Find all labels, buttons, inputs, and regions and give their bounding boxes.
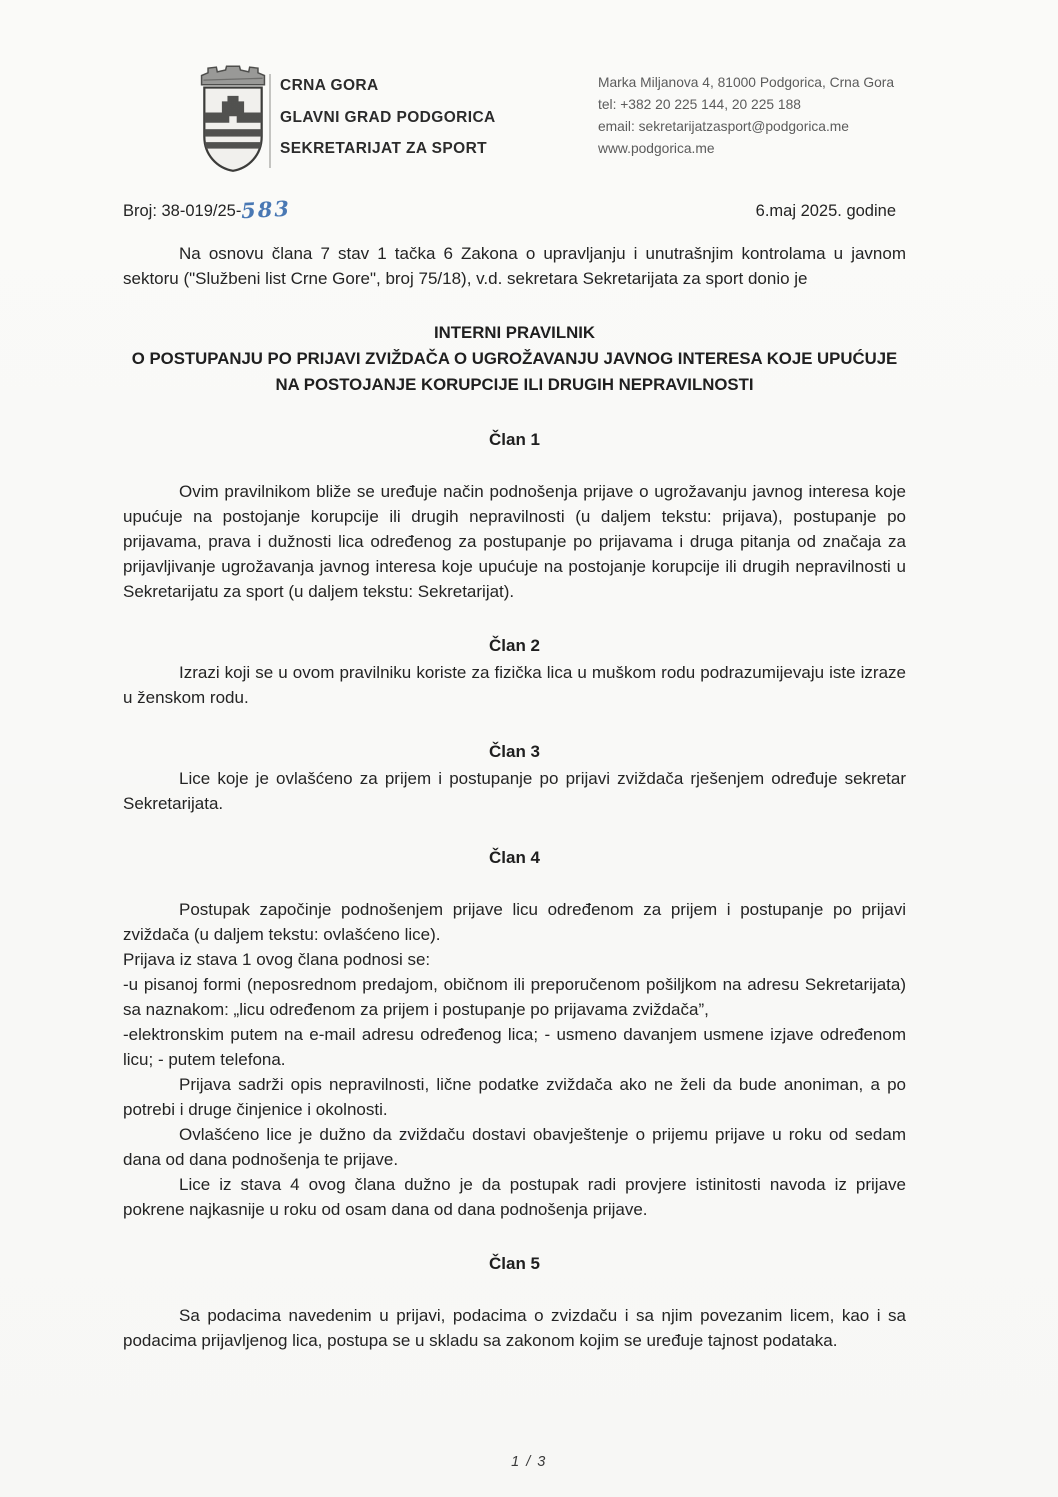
article-paragraph: Lice koje je ovlašćeno za prijem i postu… (123, 766, 906, 816)
article-paragraph: Sa podacima navedenim u prijavi, podacim… (123, 1303, 906, 1353)
letterhead: CRNA GORA GLAVNI GRAD PODGORICA SEKRETAR… (0, 0, 1058, 190)
article-1: Član 1 Ovim pravilnikom bliže se uređuje… (123, 427, 906, 604)
article-paragraph: -u pisanoj formi (neposrednom predajom, … (123, 972, 906, 1022)
article-body: Izrazi koji se u ovom pravilniku koriste… (123, 660, 906, 710)
article-paragraph: Prijava iz stava 1 ovog člana podnosi se… (123, 947, 906, 972)
article-3: Član 3 Lice koje je ovlašćeno za prijem … (123, 739, 906, 816)
organization-name-block: CRNA GORA GLAVNI GRAD PODGORICA SEKRETAR… (280, 70, 496, 165)
contact-phone: tel: +382 20 225 144, 20 225 188 (598, 94, 894, 116)
article-4: Član 4 Postupak započinje podnošenjem pr… (123, 845, 906, 1222)
article-paragraph: Prijava sadrži opis nepravilnosti, lične… (123, 1072, 906, 1122)
document-title: INTERNI PRAVILNIK O POSTUPANJU PO PRIJAV… (123, 320, 906, 398)
intro-paragraph: Na osnovu člana 7 stav 1 tačka 6 Zakona … (123, 241, 906, 291)
article-body: Lice koje je ovlašćeno za prijem i postu… (123, 766, 906, 816)
article-paragraph: Ovlašćeno lice je dužno da zviždaču dost… (123, 1122, 906, 1172)
document-title-line1: INTERNI PRAVILNIK (123, 320, 906, 346)
article-paragraph: -elektronskim putem na e-mail adresu odr… (123, 1022, 906, 1072)
org-city: GLAVNI GRAD PODGORICA (280, 102, 496, 134)
reference-handwritten-number: 583 (241, 196, 292, 224)
article-paragraph: Lice iz stava 4 ovog člana dužno je da p… (123, 1172, 906, 1222)
org-department: SEKRETARIJAT ZA SPORT (280, 133, 496, 165)
page-number-footer: 1 / 3 (0, 1454, 1058, 1470)
article-heading: Član 3 (123, 739, 906, 764)
document-body: Broj: 38-019/25-583 6.maj 2025. godine N… (123, 196, 906, 1353)
article-paragraph: Izrazi koji se u ovom pravilniku koriste… (123, 660, 906, 710)
article-body: Ovim pravilnikom bliže se uređuje način … (123, 479, 906, 604)
reference-number: Broj: 38-019/25-583 (123, 196, 291, 224)
page-indicator: 1 / 3 (511, 1454, 547, 1470)
article-heading: Član 1 (123, 427, 906, 452)
contact-website: www.podgorica.me (598, 138, 894, 160)
contact-info-block: Marka Miljanova 4, 81000 Podgorica, Crna… (598, 72, 894, 160)
reference-label: Broj: 38-019/25- (123, 202, 241, 220)
document-page: CRNA GORA GLAVNI GRAD PODGORICA SEKRETAR… (0, 0, 1058, 1497)
article-paragraph: Ovim pravilnikom bliže se uređuje način … (123, 479, 906, 604)
contact-email: email: sekretarijatzasport@podgorica.me (598, 116, 894, 138)
document-date: 6.maj 2025. godine (756, 199, 906, 224)
article-body: Sa podacima navedenim u prijavi, podacim… (123, 1303, 906, 1353)
podgorica-coat-of-arms-icon (196, 62, 270, 176)
article-body: Postupak započinje podnošenjem prijave l… (123, 897, 906, 1222)
org-country: CRNA GORA (280, 70, 496, 102)
article-2: Član 2 Izrazi koji se u ovom pravilniku … (123, 633, 906, 710)
document-title-line2: O POSTUPANJU PO PRIJAVI ZVIŽDAČA O UGROŽ… (123, 346, 906, 398)
article-paragraph: Postupak započinje podnošenjem prijave l… (123, 897, 906, 947)
article-heading: Član 4 (123, 845, 906, 870)
article-5: Član 5 Sa podacima navedenim u prijavi, … (123, 1251, 906, 1353)
letterhead-divider (269, 74, 271, 168)
reference-row: Broj: 38-019/25-583 6.maj 2025. godine (123, 196, 906, 224)
contact-address: Marka Miljanova 4, 81000 Podgorica, Crna… (598, 72, 894, 94)
article-heading: Član 2 (123, 633, 906, 658)
article-heading: Član 5 (123, 1251, 906, 1276)
